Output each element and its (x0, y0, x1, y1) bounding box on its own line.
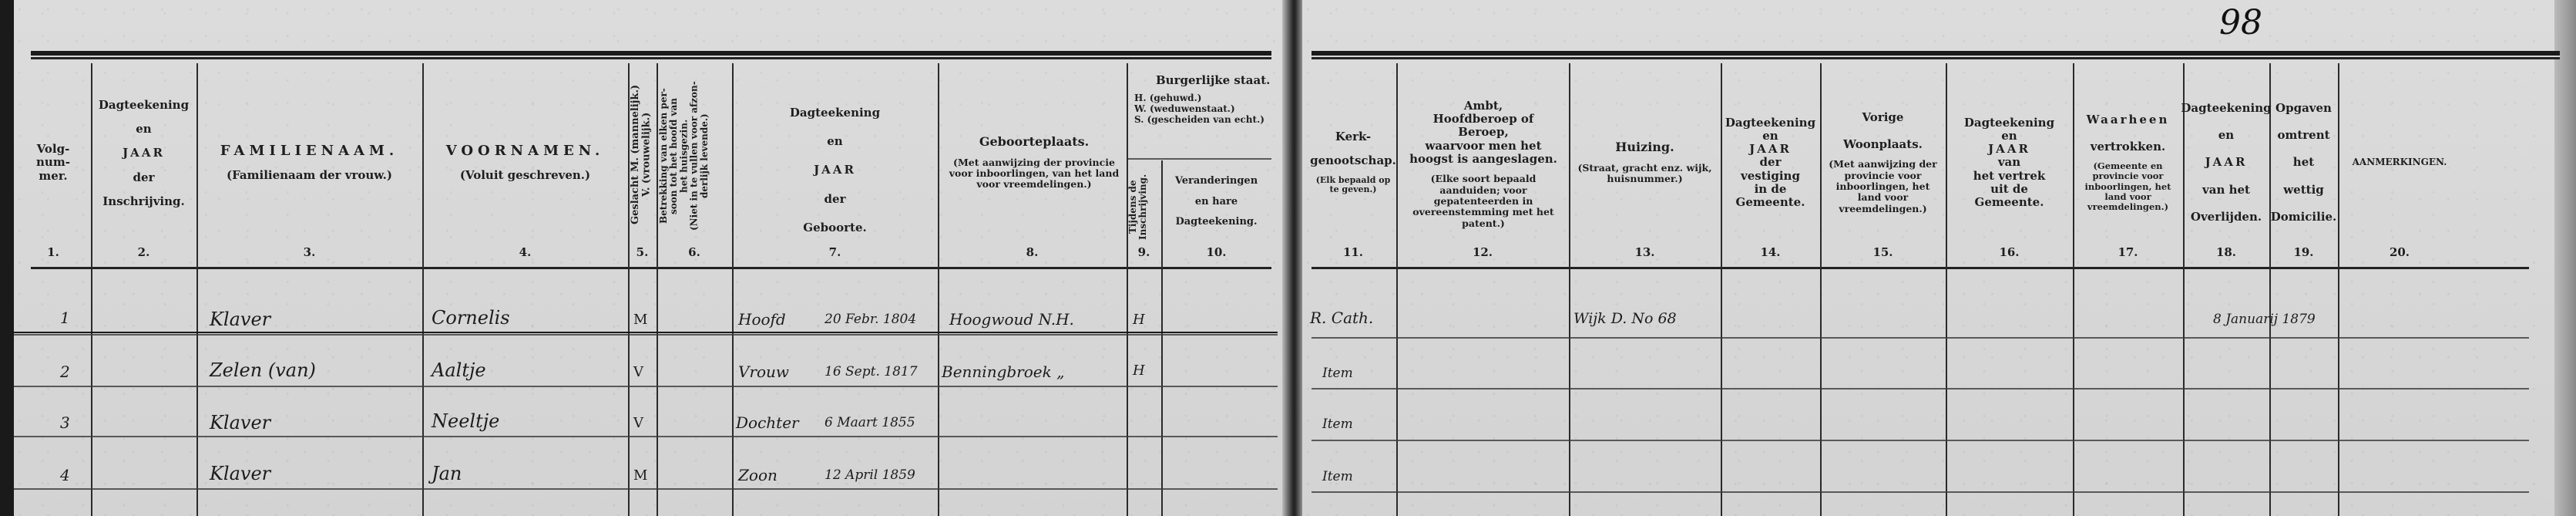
header-text: waarvoor men het (1425, 140, 1541, 153)
row-line (14, 334, 1278, 336)
folio-number: 98 (2219, 3, 2262, 42)
header-subtext: (Elk bepaald op te geven.) (1310, 176, 1396, 195)
header-betrekking: Betrekking van elken per- soon tot het h… (659, 69, 730, 243)
header-text: Beroep, (1458, 126, 1508, 139)
header-voornamen: VOORNAMEN. (Voluit geschreven.) (422, 63, 628, 262)
column-number: 8. (938, 245, 1127, 259)
header-inschrijving: Dagteekening en JAAR der Inschrijving. (91, 54, 196, 253)
header-text: Veranderingen (1175, 176, 1258, 187)
header-text: van (1998, 156, 2020, 169)
column-number: 10. (1161, 245, 1271, 259)
legend-text: S. (gescheiden van echt.) (1134, 115, 1264, 126)
column-number: 16. (1946, 245, 2073, 259)
header-text: Volg- (37, 143, 70, 156)
header-text: omtrent (2277, 129, 2329, 142)
header-text: AANMERKINGEN. (2353, 157, 2447, 168)
column-number: 12. (1396, 245, 1569, 259)
header-text: en (2001, 130, 2017, 143)
row-1-volgnummer: 1 (60, 309, 70, 327)
row-1-geslacht: M (633, 312, 647, 328)
row-4-kerkgenootschap: Item (1322, 469, 1353, 484)
header-text: Waarheen (2087, 113, 2170, 126)
header-text: Inschrijving. (102, 195, 184, 208)
column-number: 18. (2183, 245, 2269, 259)
row-2-familienaam: Zelen (van) (210, 359, 316, 381)
header-text: Vorige (1862, 111, 1904, 124)
header-text: en (2218, 129, 2234, 142)
page-edge (2554, 0, 2576, 516)
header-beroep: Ambt, Hoofdberoep of Beroep, waarvoor me… (1398, 65, 1569, 264)
row-3-kerkgenootschap: Item (1322, 417, 1353, 432)
header-text: mer. (39, 170, 67, 183)
header-text: FAMILIENAAM. (220, 143, 398, 160)
row-1-kerkgenootschap: R. Cath. (1310, 309, 1373, 327)
row-2-voornamen: Aaltje (432, 359, 486, 381)
header-text: Huizing. (1615, 140, 1674, 154)
row-4-geslacht: M (633, 467, 647, 484)
row-4-betrekking: Zoon (738, 466, 778, 484)
legend-text: H. (gehuwd.) (1134, 93, 1201, 104)
header-tijdens-inschrijving: Tijdens de Inschrijving. (1128, 171, 1160, 242)
header-text: Inschrijving. (1138, 171, 1148, 242)
header-text: der (1760, 156, 1782, 169)
header-vestiging: Dagteekening en JAAR der vestiging in de… (1721, 63, 1820, 262)
row-4-volgnummer: 4 (60, 466, 70, 484)
row-2-geboorte: 16 Sept. 1817 (825, 364, 918, 379)
header-text: Gemeente. (1975, 196, 2044, 209)
row-2-kerkgenootschap: Item (1322, 366, 1353, 381)
header-text: Dagteekening (790, 106, 880, 120)
header-text: JAAR (1749, 143, 1792, 156)
column-number: 9. (1127, 245, 1161, 259)
header-vertrek: Dagteekening en JAAR van het vertrek uit… (1946, 63, 2073, 262)
header-text: en (136, 123, 151, 136)
header-text: vertrokken. (2091, 140, 2165, 153)
column-number: 1. (15, 245, 91, 259)
column-number: 2. (91, 245, 196, 259)
strike-through-line (14, 332, 1278, 333)
header-text: VOORNAMEN. (446, 143, 605, 160)
row-line (14, 436, 1278, 437)
row-1-burgerlijke-staat: H (1133, 312, 1145, 328)
header-text: Dagteekening. (1175, 217, 1257, 228)
header-text: JAAR (123, 147, 165, 160)
header-overlijden: Dagteekening en JAAR van het Overlijden. (2183, 63, 2269, 262)
header-subtext: (Gemeente en provincie voor inboorlingen… (2073, 161, 2183, 212)
column-number: 5. (628, 245, 657, 259)
header-text: (Niet in te vullen voor afzon- (690, 69, 700, 243)
header-text: Burgerlijke staat. (1156, 74, 1270, 87)
header-huizing: Huizing. (Straat, gracht enz. wijk, huis… (1569, 63, 1721, 262)
header-subtext: (Elke soort bepaald aanduiden; voor gepa… (1398, 174, 1569, 229)
row-1-huizing: Wijk D. No 68 (1573, 310, 1677, 327)
column-number: 6. (657, 245, 732, 259)
header-geboorteplaats: Geboorteplaats. (Met aanwijzing der prov… (942, 63, 1127, 262)
row-1-betrekking: Hoofd (738, 310, 786, 329)
burgerlijke-divider (1127, 158, 1271, 160)
header-text: V. (vrouwelijk.) (641, 69, 652, 239)
column-number: 13. (1569, 245, 1721, 259)
column-number: 7. (732, 245, 938, 259)
row-3-betrekking: Dochter (736, 413, 799, 432)
row-2-betrekking: Vrouw (738, 363, 789, 381)
header-text: num- (36, 156, 70, 169)
row-1-voornamen: Cornelis (432, 307, 510, 329)
header-subtext: (Met aanwijzing der provincie voor inboo… (942, 157, 1127, 191)
header-text: en hare (1195, 197, 1238, 208)
header-text: Overlijden. (2191, 211, 2262, 224)
header-veranderingen: Veranderingen en hare Dagteekening. (1161, 164, 1271, 241)
header-text: uit de (1990, 183, 2028, 196)
header-text: het (2293, 156, 2314, 169)
row-line (1312, 440, 2529, 441)
header-subtext: (Met aanwijzing der provincie voor inboo… (1820, 159, 1946, 214)
header-text: Ambt, (1464, 99, 1503, 113)
header-volgnummer: Volg- num- mer. (15, 63, 91, 262)
header-aanmerkingen: AANMERKINGEN. (2338, 63, 2461, 262)
row-2-geslacht: V (633, 364, 643, 380)
header-text: wettig (2283, 184, 2324, 197)
header-familienaam: FAMILIENAAM. (Familienaam der vrouw.) (196, 63, 422, 262)
header-kerkgenootschap: Kerk- genootschap. (Elk bepaald op te ge… (1310, 63, 1396, 262)
legend-text: W. (weduwenstaat.) (1134, 104, 1235, 115)
row-line (1312, 337, 2529, 339)
header-text: Woonplaats. (1843, 138, 1923, 151)
header-vorige-woonplaats: Vorige Woonplaats. (Met aanwijzing der p… (1820, 63, 1946, 262)
header-text: en (827, 135, 842, 148)
column-number: 19. (2269, 245, 2338, 259)
header-text: Gemeente. (1736, 196, 1805, 209)
header-text: vestiging (1741, 170, 1800, 183)
header-text: Opgaven (2275, 102, 2332, 115)
row-4-geboorte: 12 April 1859 (825, 467, 915, 483)
row-3-geboorte: 6 Maart 1855 (825, 415, 915, 430)
header-text: Geslacht M. (mannelijk.) (630, 69, 641, 239)
header-subtext: (Voluit geschreven.) (460, 169, 590, 182)
column-number: 4. (422, 245, 628, 259)
header-text: Geboorte. (803, 221, 866, 234)
row-4-familienaam: Klaver (210, 463, 270, 484)
header-text: genootschap. (1310, 154, 1396, 167)
header-waarheen: Waarheen vertrokken. (Gemeente en provin… (2073, 63, 2183, 262)
header-text: der (133, 171, 155, 184)
header-text: Dagteekening (2181, 102, 2271, 115)
top-rule-left (31, 51, 1271, 57)
column-number: 11. (1310, 245, 1396, 259)
header-text: derlijk levende.) (700, 69, 710, 243)
header-rule-right (1312, 267, 2529, 269)
header-text: der (825, 193, 846, 206)
row-line (1312, 491, 2529, 493)
header-text: het huisgezin. (679, 69, 689, 243)
header-text: JAAR (814, 164, 856, 177)
row-1-geboorte: 20 Febr. 1804 (825, 312, 916, 327)
row-3-familienaam: Klaver (210, 412, 270, 433)
column-number: 15. (1820, 245, 1946, 259)
col-line (938, 63, 939, 516)
row-2-burgerlijke-staat: H (1133, 363, 1145, 379)
header-text: van het (2202, 184, 2250, 197)
row-2-geboorteplaats: Benningbroek „ (942, 363, 1064, 381)
header-text: JAAR (2205, 156, 2248, 169)
header-subtext: (Familienaam der vrouw.) (227, 169, 392, 182)
column-number: 14. (1721, 245, 1820, 259)
row-line (14, 488, 1278, 490)
row-1-overlijden: 8 Januarij 1879 (2213, 312, 2316, 327)
row-line (1312, 388, 2529, 390)
header-text: en (1762, 130, 1778, 143)
row-1-familienaam: Klaver (210, 309, 270, 330)
header-burgerlijke-staat: Burgerlijke staat. H. (gehuwd.) W. (wedu… (1127, 63, 1271, 157)
header-text: hoogst is aangeslagen. (1409, 153, 1557, 166)
header-text: Dagteekening (1964, 116, 2054, 130)
row-1-geboorteplaats: Hoogwoud N.H. (949, 310, 1074, 329)
header-text: Kerk- (1335, 130, 1371, 143)
top-rule-right (1312, 51, 2560, 57)
row-4-voornamen: Jan (432, 463, 462, 484)
header-text: Dagteekening (1725, 116, 1815, 130)
column-number: 17. (2073, 245, 2183, 259)
header-text: Hoofdberoep of (1433, 113, 1534, 126)
header-text: Domicilie. (2271, 211, 2337, 224)
header-text: het vertrek (1973, 170, 2046, 183)
header-subtext: (Straat, gracht enz. wijk, huisnummer.) (1569, 163, 1721, 185)
column-number: 20. (2338, 245, 2461, 259)
column-number: 3. (196, 245, 422, 259)
header-text: Geboorteplaats. (979, 135, 1089, 149)
header-domicilie: Opgaven omtrent het wettig Domicilie. (2269, 63, 2338, 262)
header-text: JAAR (1988, 143, 2030, 156)
header-text: in de (1755, 183, 1787, 196)
header-geslacht: Geslacht M. (mannelijk.) V. (vrouwelijk.… (630, 69, 657, 239)
header-geboorte: Dagteekening en JAAR der Geboorte. (732, 71, 938, 270)
header-text: Dagteekening (99, 99, 189, 112)
row-3-volgnummer: 3 (60, 413, 70, 432)
row-2-volgnummer: 2 (60, 363, 70, 381)
header-rule-left (31, 267, 1271, 269)
row-3-geslacht: V (633, 415, 643, 431)
row-3-voornamen: Neeltje (432, 410, 499, 432)
row-line (14, 386, 1278, 387)
